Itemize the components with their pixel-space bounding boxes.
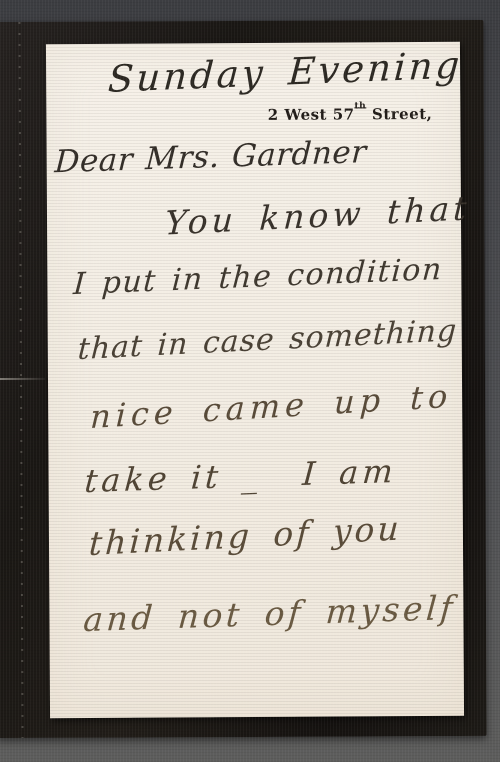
letter-salutation: Dear Mrs. Gardner [54, 134, 368, 180]
letter-body-line-1: You know that [164, 188, 472, 242]
letterhead-address: 2 West 57th Street, [268, 105, 433, 124]
letter-dateline: Sunday Evening [107, 43, 464, 101]
letter-body-line-4: nice came up to [89, 377, 453, 436]
photo-backdrop: Sunday Evening 2 West 57th Street, Dear … [0, 0, 500, 762]
letter-body-line-6: thinking of you [88, 508, 403, 563]
letter-body-line-7: and not of myself [82, 588, 457, 639]
letterhead-suffix: Street, [366, 105, 432, 123]
letter-body-line-3: that in case something [77, 313, 458, 367]
folder-crease [0, 378, 45, 380]
letterhead-prefix: 2 West 57 [268, 105, 355, 124]
letter-body-line-2: I put in the condition [72, 252, 444, 302]
letterhead-superscript: th [355, 106, 367, 108]
letter-body-line-5: take it _ I am [83, 452, 398, 500]
letter-page: Sunday Evening 2 West 57th Street, Dear … [46, 42, 464, 719]
